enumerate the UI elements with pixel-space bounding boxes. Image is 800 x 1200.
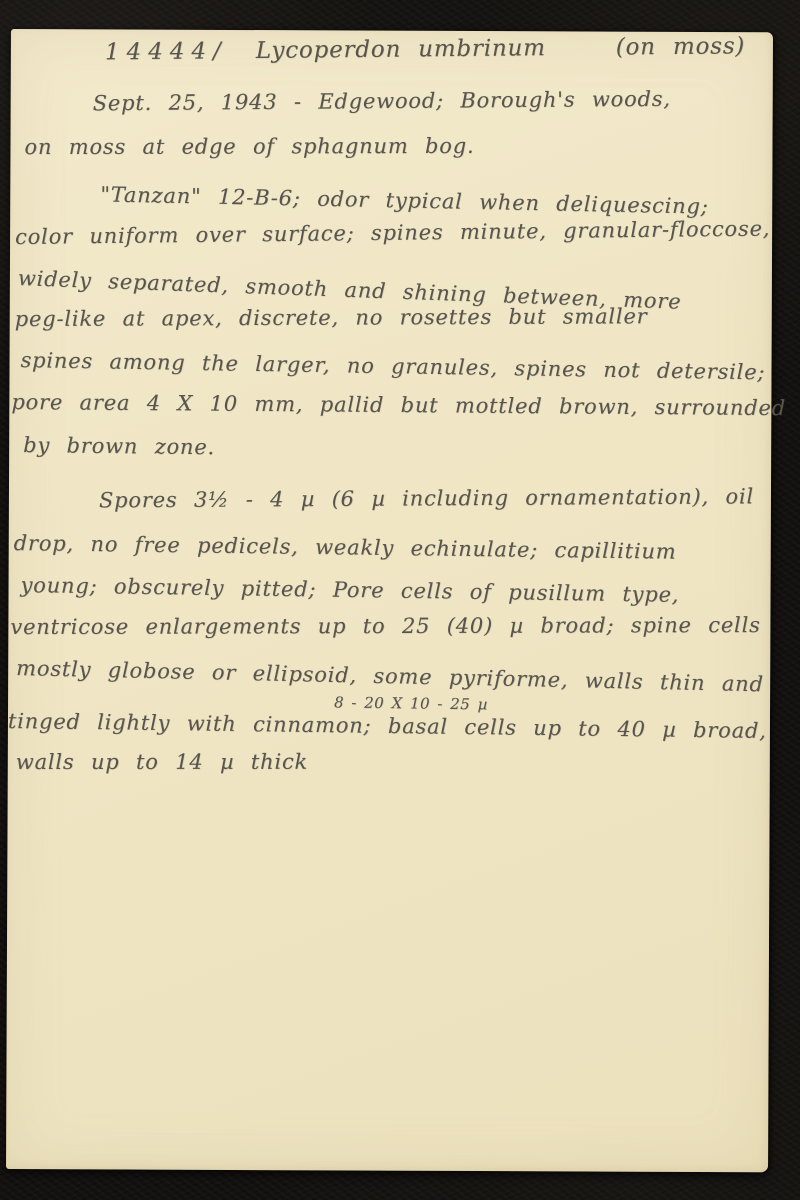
note-line: walls up to 14 µ thick bbox=[16, 750, 308, 774]
note-line: young; obscurely pitted; Pore cells of p… bbox=[20, 573, 679, 607]
title-line: 14444/Lycoperdon umbrinum(on moss) bbox=[105, 33, 745, 65]
interlinear-insertion: 8 - 20 X 10 - 25 µ bbox=[334, 693, 488, 713]
substrate-note: (on moss) bbox=[616, 33, 746, 60]
species-name: Lycoperdon umbrinum bbox=[256, 35, 546, 64]
note-line-color-code: "Tanzan" 12-B-6; odor typical when deliq… bbox=[100, 182, 709, 218]
note-line: tinged lightly with cinnamon; basal cell… bbox=[8, 709, 767, 743]
note-line: pore area 4 X 10 mm, pallid but mottled … bbox=[11, 390, 786, 420]
note-line: spines among the larger, no granules, sp… bbox=[20, 348, 765, 384]
note-line: ventricose enlargements up to 25 (40) µ … bbox=[10, 613, 760, 639]
habitat-line: on moss at edge of sphagnum bog. bbox=[24, 134, 474, 159]
collection-number: 14444/ bbox=[105, 38, 228, 65]
spores-line: Spores 3½ - 4 µ (6 µ including ornamenta… bbox=[99, 484, 754, 512]
note-line: color uniform over surface; spines minut… bbox=[15, 216, 770, 249]
note-line: drop, no free pedicels, weakly echinulat… bbox=[14, 531, 677, 564]
note-line: mostly globose or ellipsoid, some pyrifo… bbox=[16, 656, 764, 696]
note-card: 14444/Lycoperdon umbrinum(on moss) Sept.… bbox=[6, 29, 773, 1172]
note-line: peg-like at apex, discrete, no rosettes … bbox=[15, 304, 648, 331]
date-location-line: Sept. 25, 1943 - Edgewood; Borough's woo… bbox=[93, 87, 671, 116]
note-line: by brown zone. bbox=[23, 433, 215, 459]
